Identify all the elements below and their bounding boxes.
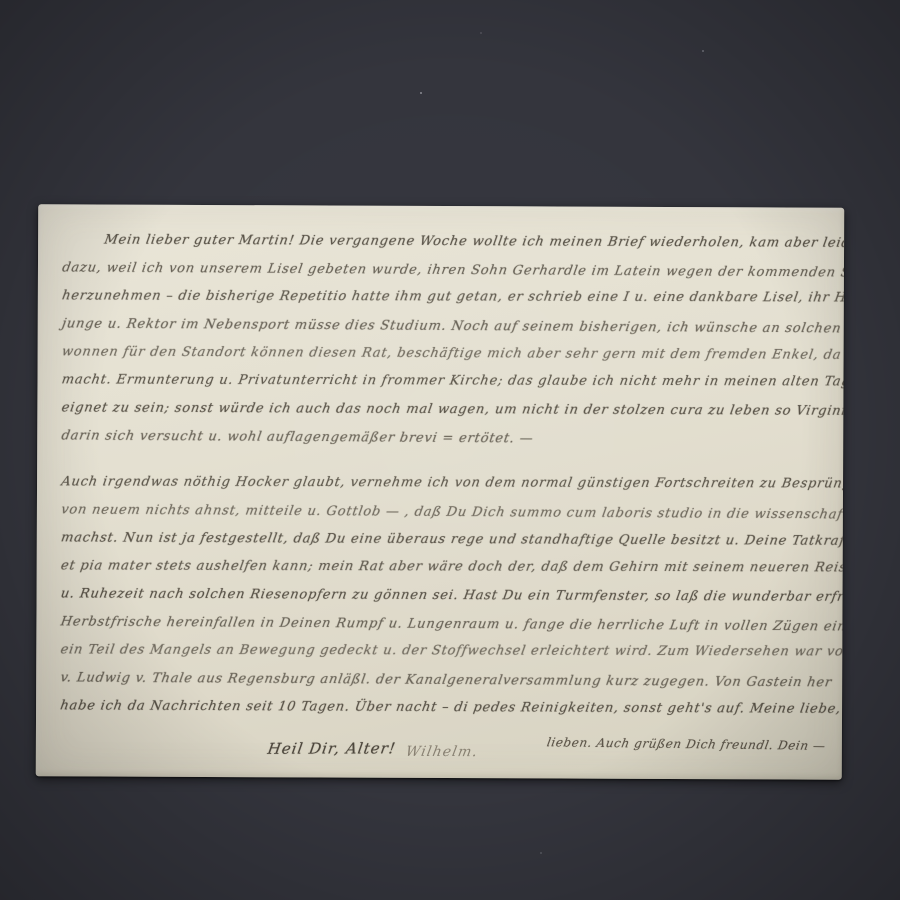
- handwriting-line: u. Ruhezeit nach solchen Riesenopfern zu…: [58, 580, 833, 611]
- handwriting-line: habe ich da Nachrichten seit 10 Tagen. Ü…: [58, 692, 833, 723]
- handwriting-line: darin sich versucht u. wohl auflagengemä…: [59, 422, 833, 455]
- handwriting-line: machst. Nun ist ja festgestellt, daß Du …: [59, 524, 834, 555]
- handwriting-line: herzunehmen – die bisherige Repetitio ha…: [60, 282, 835, 312]
- dust-specks: [420, 92, 422, 94]
- handwriting-line: wonnen für den Standort können diesen Ra…: [60, 338, 835, 369]
- letter-body: Mein lieber guter Martin! Die vergangene…: [58, 226, 830, 779]
- handwriting-line: et pia mater stets aushelfen kann; mein …: [59, 552, 834, 582]
- handwriting-line: macht. Ermunterung u. Privatunterricht i…: [59, 366, 834, 396]
- handwriting-line: ein Teil des Mangels an Bewegung gedeckt…: [58, 636, 833, 666]
- closing-salutation: Heil Dir, Alter!: [266, 739, 397, 757]
- handwriting-line: Mein lieber guter Martin! Die vergangene…: [60, 226, 835, 257]
- photo-backdrop: Mein lieber guter Martin! Die vergangene…: [0, 0, 900, 900]
- signature: Wilhelm.: [404, 744, 479, 760]
- handwriting-line: eignet zu sein; sonst würde ich auch das…: [59, 394, 834, 425]
- handwriting-line: Auch irgendwas nöthig Hocker glaubt, ver…: [59, 468, 834, 498]
- handwritten-postcard: Mein lieber guter Martin! Die vergangene…: [36, 204, 844, 780]
